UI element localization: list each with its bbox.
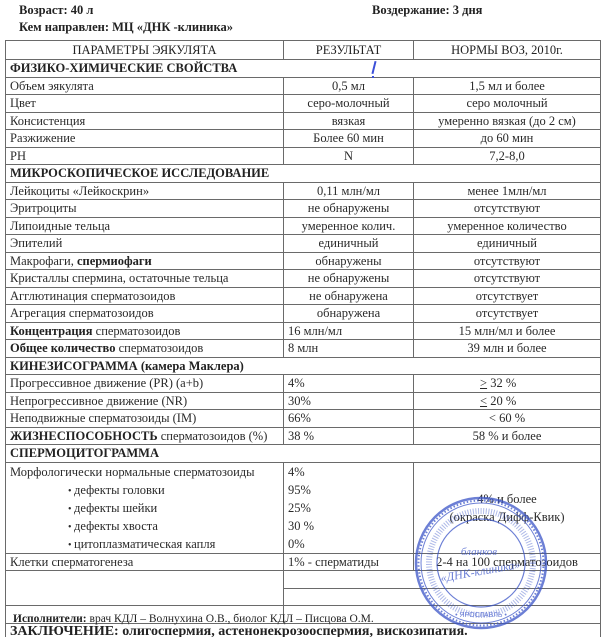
referred-by-field: Кем направлен: МЦ «ДНК -клиника» xyxy=(19,20,233,35)
morphology-params: Морфологически нормальные сперматозоиды … xyxy=(6,462,284,553)
norm-cell: < 20 % xyxy=(414,392,601,410)
svg-text:• ЯРОСЛАВЛЬ •: • ЯРОСЛАВЛЬ • xyxy=(455,612,507,619)
table-header-row: ПАРАМЕТРЫ ЭЯКУЛЯТА РЕЗУЛЬТАТ НОРМЫ ВОЗ, … xyxy=(6,41,601,60)
handwritten-mark-dot xyxy=(372,76,374,78)
norm-cell: отсутствуют xyxy=(414,270,601,288)
result-cell: 66% xyxy=(284,410,414,428)
table-row: Агрегация сперматозоидовобнаруженаотсутс… xyxy=(6,305,601,323)
norm-cell: < 60 % xyxy=(414,410,601,428)
svg-text:бланков: бланков xyxy=(461,546,497,558)
defect-value: 30 % xyxy=(288,517,409,535)
section-kinesis: КИНЕЗИСОГРАММА (камера Маклера) xyxy=(6,357,601,375)
result-cell: N xyxy=(284,147,414,165)
table-row: Объем эякулята0,5 мл1,5 мл и более xyxy=(6,77,601,95)
section-title: МИКРОСКОПИЧЕСКОЕ ИССЛЕДОВАНИЕ xyxy=(6,165,601,183)
table-row: Неподвижные сперматозоиды (IM)66%< 60 % xyxy=(6,410,601,428)
result-cell: 0,5 мл xyxy=(284,77,414,95)
norm-cell: 7,2-8,0 xyxy=(414,147,601,165)
defect-label: дефекты головки xyxy=(10,481,279,499)
section-title: КИНЕЗИСОГРАММА (камера Маклера) xyxy=(6,357,601,375)
param-cell: Клетки сперматогенеза xyxy=(6,553,284,571)
param-cell: Липоидные тельца xyxy=(6,217,284,235)
morphology-results: 4% 95% 25% 30 % 0% xyxy=(284,462,414,553)
param-cell: Объем эякулята xyxy=(6,77,284,95)
param-cell: Прогрессивное движение (PR) (a+b) xyxy=(6,375,284,393)
result-cell: не обнаружены xyxy=(284,270,414,288)
table-row: Общее количество сперматозоидов8 млн39 м… xyxy=(6,340,601,358)
norm-cell: единичный xyxy=(414,235,601,253)
param-cell: ЖИЗНЕСПОСОБНОСТЬ сперматозоидов (%) xyxy=(6,427,284,445)
result-cell: 16 млн/мл xyxy=(284,322,414,340)
result-cell: 38 % xyxy=(284,427,414,445)
norm-cell: отсутствует xyxy=(414,287,601,305)
column-header-params: ПАРАМЕТРЫ ЭЯКУЛЯТА xyxy=(6,41,284,60)
norm-cell: умеренно вязкая (до 2 см) xyxy=(414,112,601,130)
table-row: Лейкоциты «Лейкоскрин»0,11 млн/млменее 1… xyxy=(6,182,601,200)
physchem-rows: Объем эякулята0,5 мл1,5 мл и болееЦветсе… xyxy=(6,77,601,165)
param-cell: Эпителий xyxy=(6,235,284,253)
result-cell: 4% xyxy=(284,375,414,393)
referred-label: Кем направлен: xyxy=(19,20,109,34)
param-cell: Непрогрессивное движение (NR) xyxy=(6,392,284,410)
param-cell: Консистенция xyxy=(6,112,284,130)
defect-label: цитоплазматическая капля xyxy=(10,535,279,553)
norm-cell: 15 млн/мл и более xyxy=(414,322,601,340)
table-row: Макрофаги, спермиофагиобнаруженыотсутств… xyxy=(6,252,601,270)
param-cell: Неподвижные сперматозоиды (IM) xyxy=(6,410,284,428)
result-cell: не обнаружены xyxy=(284,200,414,218)
result-cell: вязкая xyxy=(284,112,414,130)
morph-normal-value: 4% xyxy=(288,463,409,481)
defect-label: дефекты шейки xyxy=(10,499,279,517)
param-cell: Разжижение xyxy=(6,130,284,148)
param-cell: Агглютинация сперматозоидов xyxy=(6,287,284,305)
norm-cell: 58 % и более xyxy=(414,427,601,445)
norm-cell: до 60 мин xyxy=(414,130,601,148)
param-emphasis: ЖИЗНЕСПОСОБНОСТЬ xyxy=(10,429,158,443)
norm-cell: серо молочный xyxy=(414,95,601,113)
norm-cell: отсутствует xyxy=(414,305,601,323)
param-cell: Макрофаги, спермиофаги xyxy=(6,252,284,270)
norm-cell: 39 млн и более xyxy=(414,340,601,358)
norm-cell: отсутствуют xyxy=(414,252,601,270)
param-cell: Цвет xyxy=(6,95,284,113)
result-cell: умеренное колич. xyxy=(284,217,414,235)
result-cell: обнаружена xyxy=(284,305,414,323)
kinesis-rows: Прогрессивное движение (PR) (a+b)4%> 32 … xyxy=(6,375,601,445)
param-cell: Агрегация сперматозоидов xyxy=(6,305,284,323)
result-cell: 30% xyxy=(284,392,414,410)
param-text: Макрофаги, xyxy=(10,254,77,268)
abstinence-field: Воздержание: 3 дня xyxy=(372,3,482,18)
norm-cell: 1,5 мл и более xyxy=(414,77,601,95)
param-cell: Кристаллы спермина, остаточные тельца xyxy=(6,270,284,288)
param-emphasis: Концентрация xyxy=(10,324,93,338)
result-cell: обнаружены xyxy=(284,252,414,270)
result-cell: не обнаружена xyxy=(284,287,414,305)
column-header-norms: НОРМЫ ВОЗ, 2010г. xyxy=(414,41,601,60)
norm-cell: умеренное количество xyxy=(414,217,601,235)
stamp-icon: бланков «ДНК-клиника» • ЯРОСЛАВЛЬ • xyxy=(413,495,549,631)
microscopy-rows: Лейкоциты «Лейкоскрин»0,11 млн/млменее 1… xyxy=(6,182,601,357)
table-row: Эпителийединичныйединичный xyxy=(6,235,601,253)
defect-value: 25% xyxy=(288,499,409,517)
table-row: Липоидные тельцаумеренное колич.умеренно… xyxy=(6,217,601,235)
table-row: PHN7,2-8,0 xyxy=(6,147,601,165)
norm-cell: > 32 % xyxy=(414,375,601,393)
param-cell: Концентрация сперматозоидов xyxy=(6,322,284,340)
referred-value: МЦ «ДНК -клиника» xyxy=(112,20,233,34)
result-cell: серо-молочный xyxy=(284,95,414,113)
param-cell: Лейкоциты «Лейкоскрин» xyxy=(6,182,284,200)
result-cell: единичный xyxy=(284,235,414,253)
table-row: РазжижениеБолее 60 миндо 60 мин xyxy=(6,130,601,148)
param-text: сперматозоидов xyxy=(93,324,181,338)
result-cell: 0,11 млн/мл xyxy=(284,182,414,200)
table-row: Эритроцитыне обнаруженыотсутствуют xyxy=(6,200,601,218)
param-cell: PH xyxy=(6,147,284,165)
param-text: сперматозоидов (%) xyxy=(158,429,268,443)
empty-cell xyxy=(6,571,284,606)
table-row: Консистенциявязкаяумеренно вязкая (до 2 … xyxy=(6,112,601,130)
table-row: ЖИЗНЕСПОСОБНОСТЬ сперматозоидов (%)38 %5… xyxy=(6,427,601,445)
age-value: 40 л xyxy=(71,3,94,17)
section-microscopy: МИКРОСКОПИЧЕСКОЕ ИССЛЕДОВАНИЕ xyxy=(6,165,601,183)
result-cell: 1% - сперматиды xyxy=(284,553,414,571)
defect-label: дефекты хвоста xyxy=(10,517,279,535)
table-row: Концентрация сперматозоидов16 млн/мл15 м… xyxy=(6,322,601,340)
table-row: Агглютинация сперматозоидовне обнаружена… xyxy=(6,287,601,305)
section-physchem: ФИЗИКО-ХИМИЧЕСКИЕ СВОЙСТВА xyxy=(6,60,601,78)
performers-text: врач КДЛ – Волнухина О.В., биолог КДЛ – … xyxy=(90,613,374,625)
param-emphasis: спермиофаги xyxy=(77,254,152,268)
performers-label: Исполнители: xyxy=(13,613,87,625)
param-text: сперматозоидов xyxy=(115,341,203,355)
clinic-stamp: бланков «ДНК-клиника» • ЯРОСЛАВЛЬ • xyxy=(413,495,549,631)
conclusion-label: ЗАКЛЮЧЕНИЕ: xyxy=(10,624,119,637)
morph-normal-label: Морфологически нормальные сперматозоиды xyxy=(10,463,279,481)
table-row: Прогрессивное движение (PR) (a+b)4%> 32 … xyxy=(6,375,601,393)
abstinence-label: Воздержание: xyxy=(372,3,450,17)
table-row: Кристаллы спермина, остаточные тельцане … xyxy=(6,270,601,288)
param-cell: Эритроциты xyxy=(6,200,284,218)
result-cell: Более 60 мин xyxy=(284,130,414,148)
norm-cell: менее 1млн/мл xyxy=(414,182,601,200)
svg-text:«ДНК-клиника»: «ДНК-клиника» xyxy=(439,557,521,585)
section-title: ФИЗИКО-ХИМИЧЕСКИЕ СВОЙСТВА xyxy=(6,60,601,78)
param-cell: Общее количество сперматозоидов xyxy=(6,340,284,358)
age-field: Возраст: 40 л xyxy=(19,3,93,18)
section-cytogram: СПЕРМОЦИТОГРАММА xyxy=(6,445,601,463)
section-title: СПЕРМОЦИТОГРАММА xyxy=(6,445,601,463)
column-header-result: РЕЗУЛЬТАТ xyxy=(284,41,414,60)
age-label: Возраст: xyxy=(19,3,68,17)
result-cell: 8 млн xyxy=(284,340,414,358)
defect-value: 0% xyxy=(288,535,409,553)
table-row: Непрогрессивное движение (NR)30%< 20 % xyxy=(6,392,601,410)
param-emphasis: Общее количество xyxy=(10,341,115,355)
norm-cell: отсутствуют xyxy=(414,200,601,218)
performers-line: Исполнители: врач КДЛ – Волнухина О.В., … xyxy=(13,613,374,625)
table-row: Цветсеро-молочныйсеро молочный xyxy=(6,95,601,113)
defect-value: 95% xyxy=(288,481,409,499)
abstinence-value: 3 дня xyxy=(453,3,483,17)
